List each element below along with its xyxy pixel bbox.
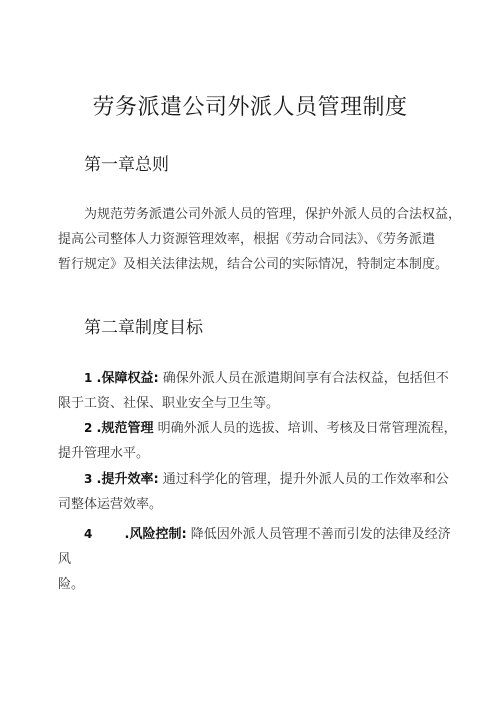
item-text: 限于工资、社保、职业安全与卫生等。 <box>58 391 458 416</box>
paragraph-line: 为规范劳务派遣公司外派人员的管理，保护外派人员的合法权益， <box>58 202 458 227</box>
item-number: 3 <box>84 472 92 486</box>
goal-item-4: 4 .风险控制: 降低因外派人员管理不善而引发的法律及经济 风 险。 <box>58 522 458 597</box>
chapter-1-heading: 第一章总则 <box>84 150 169 175</box>
paragraph-line: 提高公司整体人力资源管理效率，根据《劳动合同法》、《劳务派遣 <box>58 227 458 252</box>
item-text: 明确外派人员的选拔、培训、考核及日常管理流程， <box>158 421 457 436</box>
paragraph-line: 暂行规定》及相关法律法规，结合公司的实际情况，特制定本制度。 <box>58 252 458 277</box>
goal-item-1: 1 .保障权益: 确保外派人员在派遣期间享有合法权益，包括但不 限于工资、社保、… <box>58 366 458 416</box>
item-number: 1 <box>84 371 92 385</box>
chapter-1-paragraph: 为规范劳务派遣公司外派人员的管理，保护外派人员的合法权益， 提高公司整体人力资源… <box>58 202 458 277</box>
item-text: 险。 <box>58 572 458 597</box>
item-label: .保障权益: <box>97 371 159 386</box>
document-title: 劳务派遣公司外派人员管理制度 <box>0 90 500 121</box>
item-label: .提升效率: <box>97 472 159 487</box>
item-number: 4 <box>84 527 92 541</box>
item-text: 司整体运营效率。 <box>58 492 458 517</box>
item-text: 提升管理水平。 <box>58 441 458 466</box>
item-label: .风险控制: <box>125 527 187 542</box>
item-label: .规范管理 <box>97 421 154 436</box>
item-text: 通过科学化的管理，提升外派人员的工作效率和公 <box>163 472 449 487</box>
item-text: 确保外派人员在派遣期间享有合法权益，包括但不 <box>163 371 449 386</box>
chapter-2-heading: 第二章制度目标 <box>84 313 203 338</box>
item-text: 风 <box>58 547 458 572</box>
item-number: 2 <box>84 421 92 435</box>
goal-item-2: 2 .规范管理 明确外派人员的选拔、培训、考核及日常管理流程， 提升管理水平。 <box>58 416 458 466</box>
item-text: 降低因外派人员管理不善而引发的法律及经济 <box>191 527 451 542</box>
goal-item-3: 3 .提升效率: 通过科学化的管理，提升外派人员的工作效率和公 司整体运营效率。 <box>58 467 458 517</box>
